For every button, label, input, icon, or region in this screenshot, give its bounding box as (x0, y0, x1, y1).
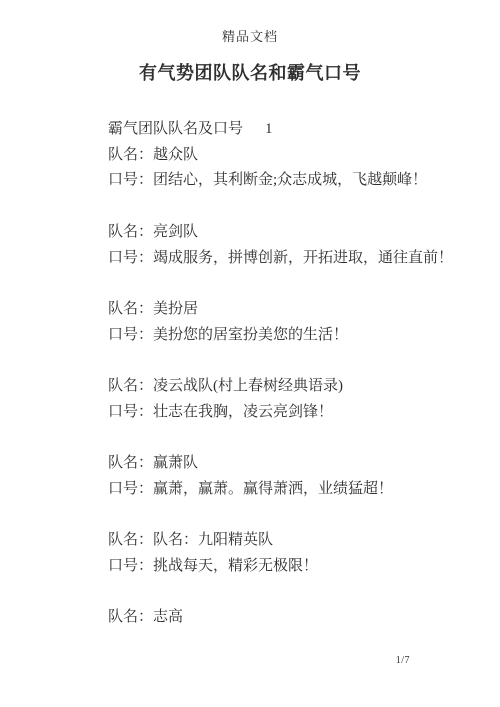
section-number: 1 (265, 121, 273, 137)
team-block: 队名：志高 (108, 605, 430, 631)
team-block: 队名：美扮居 口号：美扮您的居室扮美您的生活！ (108, 297, 430, 348)
team-name-label: 队名： (108, 301, 153, 317)
team-name-line: 队名：志高 (108, 605, 430, 631)
team-name-label: 队名： (108, 455, 153, 471)
team-slogan-label: 口号： (108, 404, 153, 420)
team-slogan-label: 口号： (108, 172, 153, 188)
team-block: 队名：队名：九阳精英队 口号：挑战每天，精彩无极限！ (108, 528, 430, 579)
team-slogan-line: 口号：赢萧，赢萧。赢得萧洒，业绩猛超！ (108, 477, 430, 503)
team-slogan-line: 口号：壮志在我胸，凌云亮剑锋！ (108, 400, 430, 426)
team-slogan-label: 口号： (108, 481, 153, 497)
team-slogan-label: 口号： (108, 327, 153, 343)
team-block: 队名：赢萧队 口号：赢萧，赢萧。赢得萧洒，业绩猛超！ (108, 451, 430, 502)
document-page: 精品文档 有气势团队队名和霸气口号 霸气团队队名及口号1 队名：越众队 口号：团… (0, 0, 500, 707)
team-slogan-label: 口号： (108, 250, 153, 266)
team-name-line: 队名：队名：九阳精英队 (108, 528, 430, 554)
team-slogan-line: 口号：竭成服务，拼博创新，开拓进取，通往直前！ (108, 246, 430, 272)
section-heading: 霸气团队队名及口号1 (108, 117, 430, 143)
team-name: 赢萧队 (153, 455, 198, 471)
team-slogan-line: 口号：美扮您的居室扮美您的生活！ (108, 323, 430, 349)
team-name: 队名：九阳精英队 (153, 532, 273, 548)
team-name-label: 队名： (108, 609, 153, 625)
team-slogan-line: 口号：团结心，其利断金;众志成城，飞越颠峰！ (108, 168, 430, 194)
team-name-line: 队名：凌云战队(村上春树经典语录) (108, 374, 430, 400)
page-title: 有气势团队队名和霸气口号 (0, 61, 500, 85)
team-slogan: 赢萧，赢萧。赢得萧洒，业绩猛超！ (153, 481, 393, 497)
team-name: 亮剑队 (153, 224, 198, 240)
team-slogan: 壮志在我胸，凌云亮剑锋！ (153, 404, 333, 420)
team-name: 凌云战队(村上春树经典语录) (153, 378, 343, 394)
team-slogan-label: 口号： (108, 558, 153, 574)
team-slogan: 美扮您的居室扮美您的生活！ (153, 327, 348, 343)
team-name-line: 队名：美扮居 (108, 297, 430, 323)
team-name-label: 队名： (108, 378, 153, 394)
team-name: 志高 (153, 609, 183, 625)
team-slogan-line: 口号：挑战每天，精彩无极限！ (108, 554, 430, 580)
team-slogan: 竭成服务，拼博创新，开拓进取，通往直前！ (153, 250, 453, 266)
team-block: 队名：凌云战队(村上春树经典语录) 口号：壮志在我胸，凌云亮剑锋！ (108, 374, 430, 425)
section-heading-text: 霸气团队队名及口号 (108, 121, 243, 137)
team-block: 队名：亮剑队 口号：竭成服务，拼博创新，开拓进取，通往直前！ (108, 220, 430, 271)
document-body: 霸气团队队名及口号1 队名：越众队 口号：团结心，其利断金;众志成城，飞越颠峰！… (0, 117, 500, 631)
team-name-label: 队名： (108, 147, 153, 163)
team-block: 队名：越众队 口号：团结心，其利断金;众志成城，飞越颠峰！ (108, 143, 430, 194)
team-name: 美扮居 (153, 301, 198, 317)
team-name-line: 队名：赢萧队 (108, 451, 430, 477)
team-name-line: 队名：越众队 (108, 143, 430, 169)
document-watermark-header: 精品文档 (0, 28, 500, 46)
team-name-label: 队名： (108, 224, 153, 240)
team-name-line: 队名：亮剑队 (108, 220, 430, 246)
team-slogan: 挑战每天，精彩无极限！ (153, 558, 318, 574)
page-number: 1/7 (396, 655, 410, 667)
team-name: 越众队 (153, 147, 198, 163)
team-slogan: 团结心，其利断金;众志成城，飞越颠峰！ (153, 172, 427, 188)
team-name-label: 队名： (108, 532, 153, 548)
team-list: 队名：越众队 口号：团结心，其利断金;众志成城，飞越颠峰！ 队名：亮剑队 口号：… (108, 143, 430, 631)
